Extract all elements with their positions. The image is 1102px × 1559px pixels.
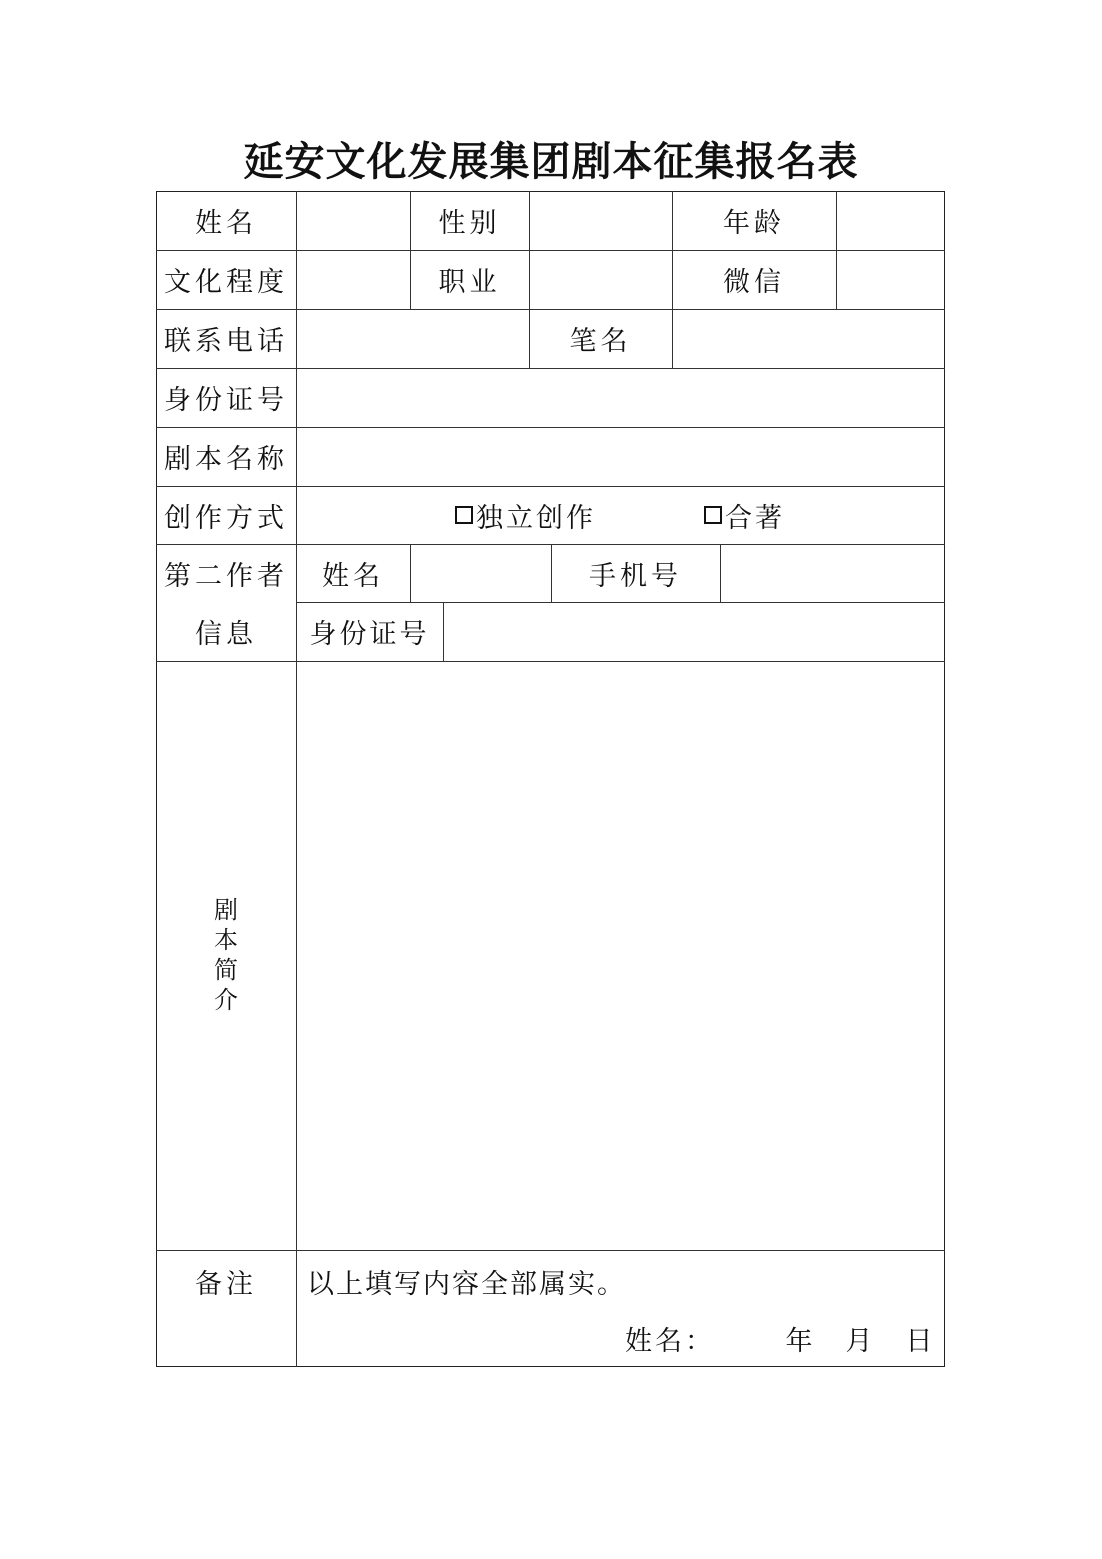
- wechat-label: 微信: [672, 250, 836, 309]
- education-label: 文化程度: [156, 250, 296, 309]
- remarks-label: 备注: [156, 1250, 296, 1312]
- synopsis-label-char: 简: [156, 955, 296, 985]
- script-name-label: 剧本名称: [156, 427, 296, 486]
- checkbox-icon[interactable]: [455, 506, 473, 524]
- wechat-field[interactable]: [837, 251, 944, 308]
- date-year-label: 年: [786, 1310, 816, 1366]
- declaration-text: 以上填写内容全部属实。: [307, 1250, 707, 1312]
- name-field[interactable]: [297, 192, 409, 249]
- gender-field[interactable]: [530, 192, 671, 249]
- option-coauthored-label: 合著: [725, 496, 785, 535]
- id-number-label: 身份证号: [156, 368, 296, 427]
- second-author-id-field[interactable]: [444, 603, 944, 660]
- option-independent[interactable]: 独立创作: [455, 486, 605, 544]
- synopsis-field[interactable]: [297, 662, 944, 1249]
- occupation-field[interactable]: [530, 251, 671, 308]
- synopsis-label: 剧 本 简 介: [156, 895, 296, 1015]
- synopsis-label-char: 本: [156, 925, 296, 955]
- date-month-label: 月: [846, 1310, 876, 1366]
- phone-label: 联系电话: [156, 309, 296, 368]
- second-author-id-label: 身份证号: [296, 602, 443, 661]
- pen-name-field[interactable]: [673, 310, 944, 367]
- synopsis-label-char: 剧: [156, 895, 296, 925]
- date-day-label: 日: [906, 1310, 936, 1366]
- checkbox-icon[interactable]: [704, 506, 722, 524]
- name-label: 姓名: [156, 191, 296, 250]
- option-coauthored[interactable]: 合著: [704, 486, 804, 544]
- option-independent-label: 独立创作: [476, 496, 596, 535]
- second-author-mobile-field[interactable]: [721, 545, 944, 601]
- id-number-field[interactable]: [297, 369, 944, 426]
- synopsis-label-char: 介: [156, 985, 296, 1015]
- pen-name-label: 笔名: [529, 309, 672, 368]
- phone-field[interactable]: [297, 310, 528, 367]
- second-author-label-line1: 第二作者: [156, 544, 296, 602]
- creation-mode-label: 创作方式: [156, 486, 296, 544]
- form-title: 延安文化发展集团剧本征集报名表: [0, 136, 1102, 188]
- script-name-field[interactable]: [297, 428, 944, 485]
- occupation-label: 职业: [410, 250, 529, 309]
- education-field[interactable]: [297, 251, 409, 308]
- second-author-name-label: 姓名: [296, 544, 410, 602]
- age-field[interactable]: [837, 192, 944, 249]
- second-author-label-line2: 信息: [156, 602, 296, 661]
- age-label: 年龄: [672, 191, 836, 250]
- second-author-name-field[interactable]: [411, 545, 550, 601]
- gender-label: 性别: [410, 191, 529, 250]
- second-author-mobile-label: 手机号: [551, 544, 720, 602]
- sign-name-label: 姓名：: [625, 1310, 715, 1366]
